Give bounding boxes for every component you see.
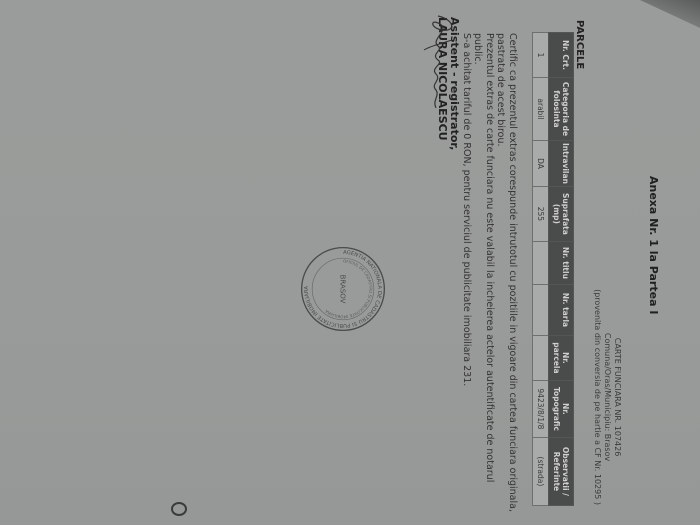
cf-locality: Comuna/Oras/Municipiu: Brasov [602, 289, 612, 505]
svg-text:OFICIUL DE CADASTRU SI PUBLICI: OFICIUL DE CADASTRU SI PUBLICITATE IMOBI… [324, 259, 374, 320]
col-observatii: Observatii / Referinte [549, 437, 574, 505]
col-intravilan: Intravilan [549, 141, 574, 187]
para-line-1: Certific ca prezentul extras corespunde … [507, 33, 519, 513]
para-line-4: S-a achitat tariful de 0 RON, pentru ser… [461, 33, 473, 513]
parcele-table: Nr. Crt. Categoria de folosinta Intravil… [532, 32, 574, 506]
cell-observatii: (strada) [533, 437, 549, 505]
section-title: PARCELE [574, 20, 585, 69]
cf-number: CARTE FUNCIARA NR. 107426 [612, 289, 622, 505]
col-nr-parcela: Nr. parcela [549, 335, 574, 380]
carte-funciara-header: CARTE FUNCIARA NR. 107426 Comuna/Oras/Mu… [592, 289, 622, 505]
col-suprafata: Suprafata (mp) [549, 186, 574, 241]
para-line-3: Prezentul extras de carte funciara nu es… [472, 33, 495, 513]
col-nr-titlu: Nr. titlu [549, 241, 574, 284]
official-stamp: AGENTIA NATIONALA DE CADASTRU SI PUBLICI… [299, 245, 387, 333]
cell-nr-titlu [533, 241, 549, 284]
handwritten-signature [420, 10, 460, 130]
stamp-city: BRASOV [338, 275, 347, 304]
cell-categoria: arabil [533, 78, 549, 141]
cell-intravilan: DA [533, 141, 549, 187]
cell-suprafata: 255 [533, 186, 549, 241]
para-line-2: pastrata de acest birou. [495, 33, 507, 513]
col-nr-topografic: Nr. Topografic [549, 380, 574, 437]
cell-nr-topografic: 9423/8/1/8 [533, 380, 549, 437]
cf-origin: (provenita din conversia de pe hartie a … [592, 289, 602, 505]
cell-nr-parcela [533, 335, 549, 380]
stamp-inner-text: OFICIUL DE CADASTRU SI PUBLICITATE IMOBI… [324, 259, 374, 320]
col-nr-tarla: Nr. tarla [549, 284, 574, 335]
certification-paragraph: Certific ca prezentul extras corespunde … [461, 33, 519, 513]
table-header-row: Nr. Crt. Categoria de folosinta Intravil… [549, 33, 574, 506]
col-categoria: Categoria de folosinta [549, 78, 574, 141]
document-title: Anexa Nr. 1 la Partea I [647, 176, 660, 314]
cell-nr-tarla [533, 284, 549, 335]
table-row: 1 arabil DA 255 9423/8/1/8 (strada) [533, 33, 549, 506]
cell-nr-crt: 1 [533, 33, 549, 78]
col-nr-crt: Nr. Crt. [549, 33, 574, 78]
document-page: Anexa Nr. 1 la Partea I CARTE FUNCIARA N… [0, 0, 700, 525]
